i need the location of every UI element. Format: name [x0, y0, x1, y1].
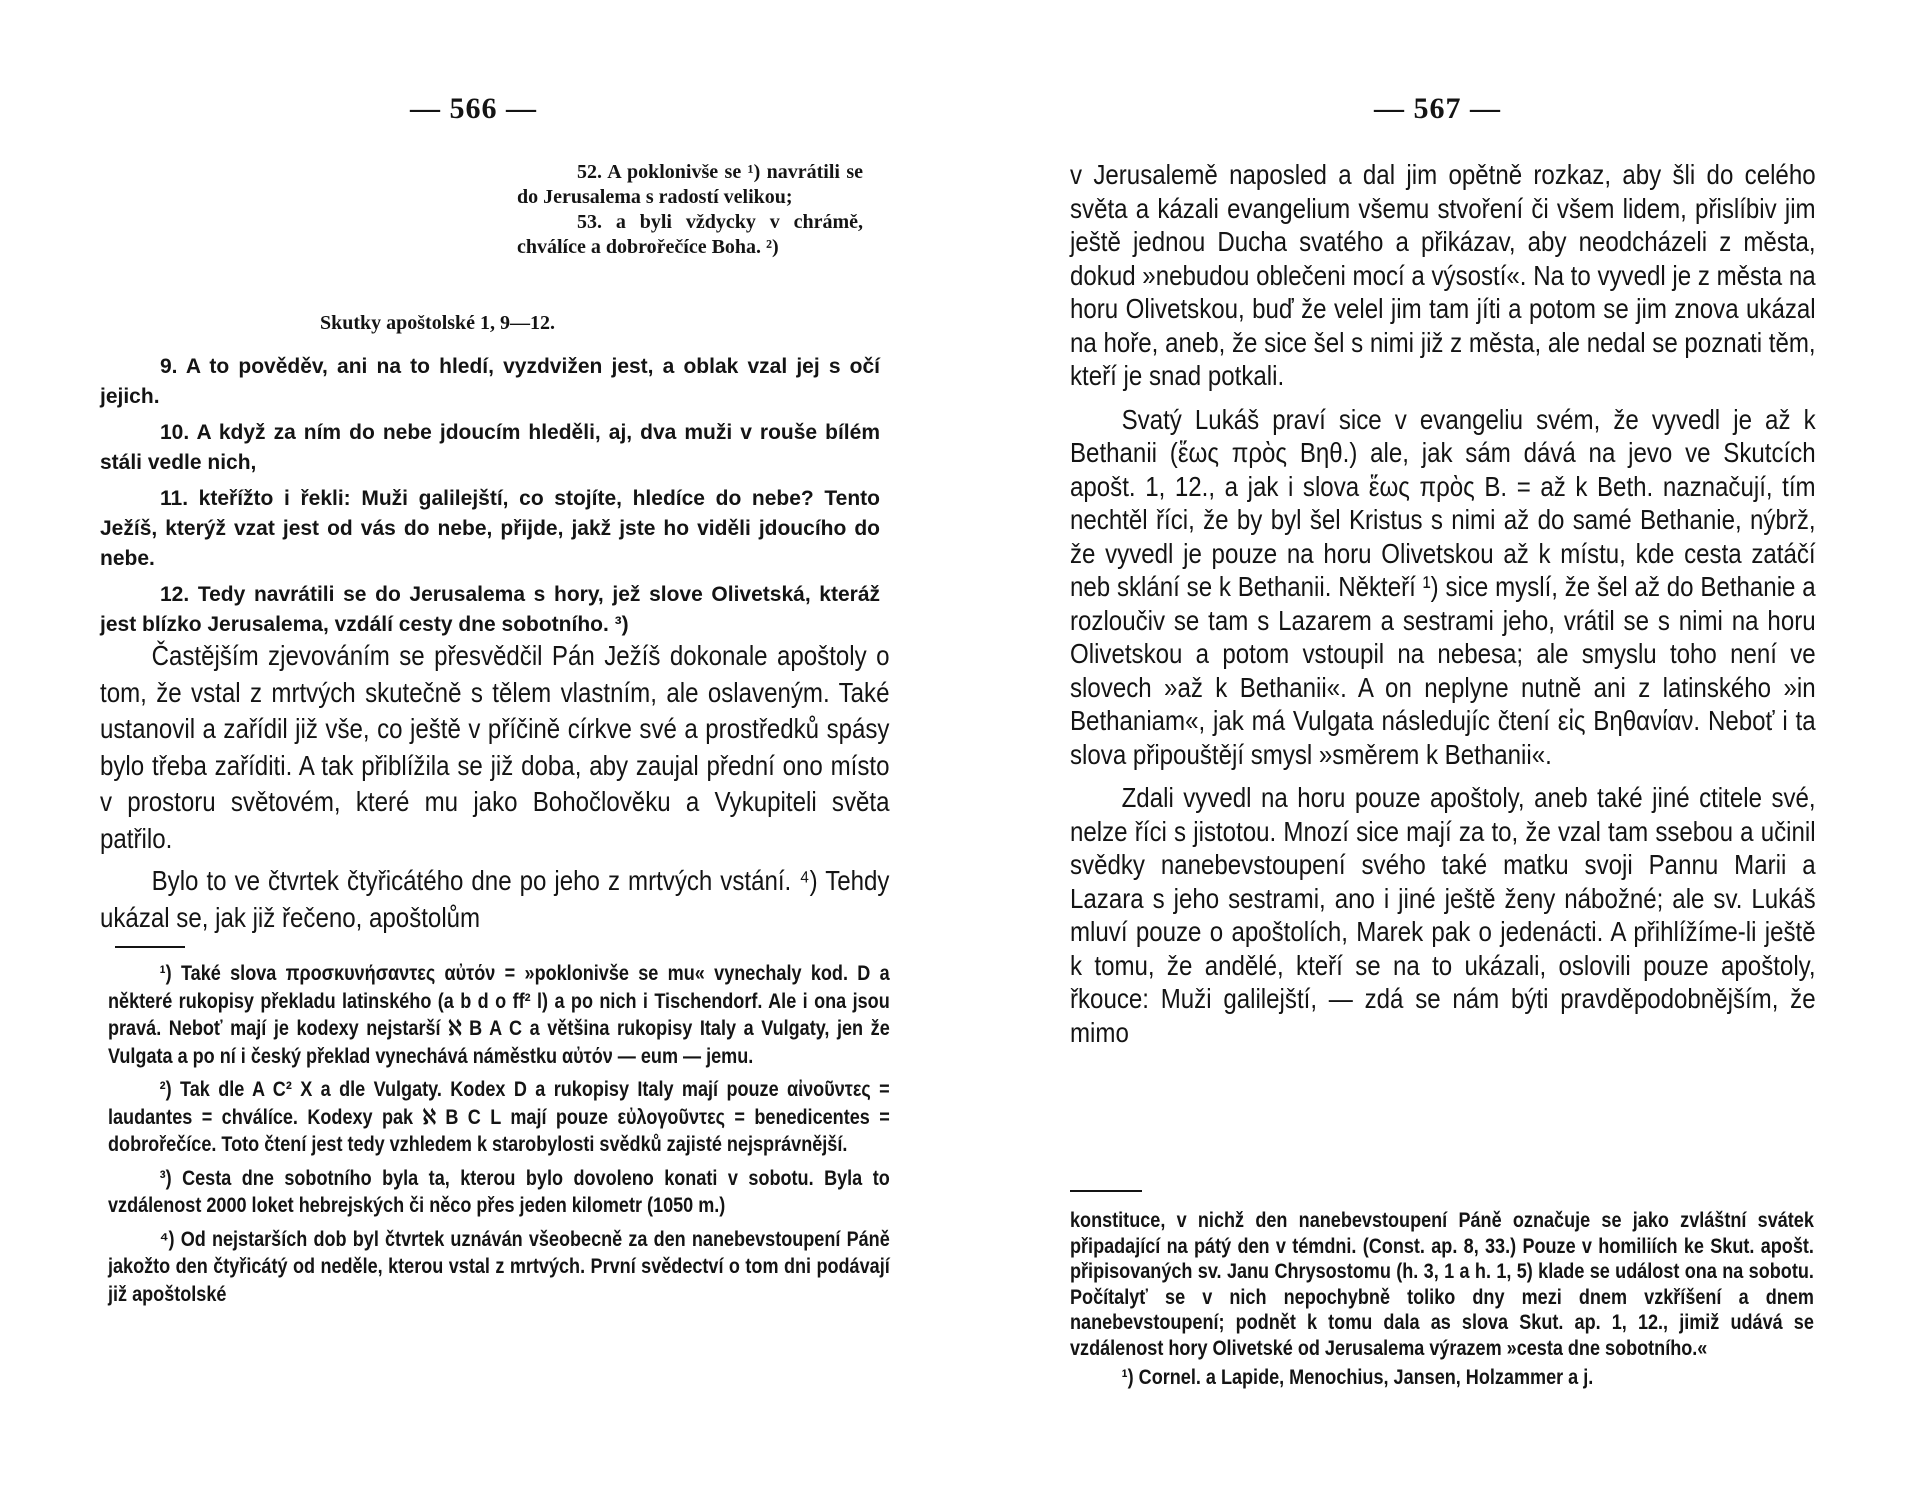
page-number: — 566 —	[410, 92, 537, 126]
section-heading: Skutky apoštolské 1, 9—12.	[320, 312, 555, 335]
verse-52: 52. A poklonivše se ¹) navrátili se do J…	[517, 160, 863, 210]
footnote-1: ¹) Také slova προσκυνήσαντες αὐτόν = »po…	[108, 960, 890, 1070]
acts-verses: 9. A to pověděv, ani na to hledí, vyzdvi…	[100, 352, 880, 646]
body-text: v Jerusalemě naposled a dal jim opětně r…	[1070, 158, 1816, 1049]
footnote-2: ²) Tak dle A C² X a dle Vulgaty. Kodex D…	[108, 1076, 890, 1159]
footnote-4: ⁴) Od nejstarších dob byl čtvrtek uznává…	[108, 1226, 890, 1309]
paragraph: Svatý Lukáš praví sice v evangeliu svém,…	[1070, 403, 1816, 772]
left-page: — 566 — 52. A poklonivše se ¹) navrátili…	[0, 0, 966, 1500]
verse-9: 9. A to pověděv, ani na to hledí, vyzdvi…	[100, 352, 880, 412]
footnote-1: ¹) Cornel. a Lapide, Menochius, Jansen, …	[1070, 1365, 1814, 1391]
verse-53: 53. a byli vždycky v chrámě, chválíce a …	[517, 210, 863, 260]
footnotes: konstituce, v nichž den nanebevstoupení …	[1070, 1208, 1814, 1391]
paragraph: Bylo to ve čtvrtek čtyřicátého dne po je…	[100, 863, 889, 936]
footnote-continuation: konstituce, v nichž den nanebevstoupení …	[1070, 1208, 1814, 1361]
footnote-3: ³) Cesta dne sobotního byla ta, kterou b…	[108, 1165, 890, 1220]
right-page: — 567 — v Jerusalemě naposled a dal jim …	[966, 0, 1932, 1500]
footnotes: ¹) Také slova προσκυνήσαντες αὐτόν = »po…	[108, 960, 890, 1314]
verse-12: 12. Tedy navrátili se do Jerusalema s ho…	[100, 580, 880, 640]
verse-11: 11. kteřížto i řekli: Muži galilejští, c…	[100, 484, 880, 574]
body-text: Častějším zjevováním se přesvědčil Pán J…	[100, 638, 889, 936]
verse-10: 10. A když za ním do nebe jdoucím hleděl…	[100, 418, 880, 478]
gospel-verses: 52. A poklonivše se ¹) navrátili se do J…	[517, 160, 863, 260]
paragraph: v Jerusalemě naposled a dal jim opětně r…	[1070, 158, 1816, 393]
footnote-divider	[1070, 1190, 1142, 1192]
footnote-divider	[115, 946, 185, 948]
paragraph: Zdali vyvedl na horu pouze apoštoly, ane…	[1070, 781, 1816, 1049]
page-number: — 567 —	[1374, 92, 1501, 126]
paragraph: Častějším zjevováním se přesvědčil Pán J…	[100, 638, 889, 857]
